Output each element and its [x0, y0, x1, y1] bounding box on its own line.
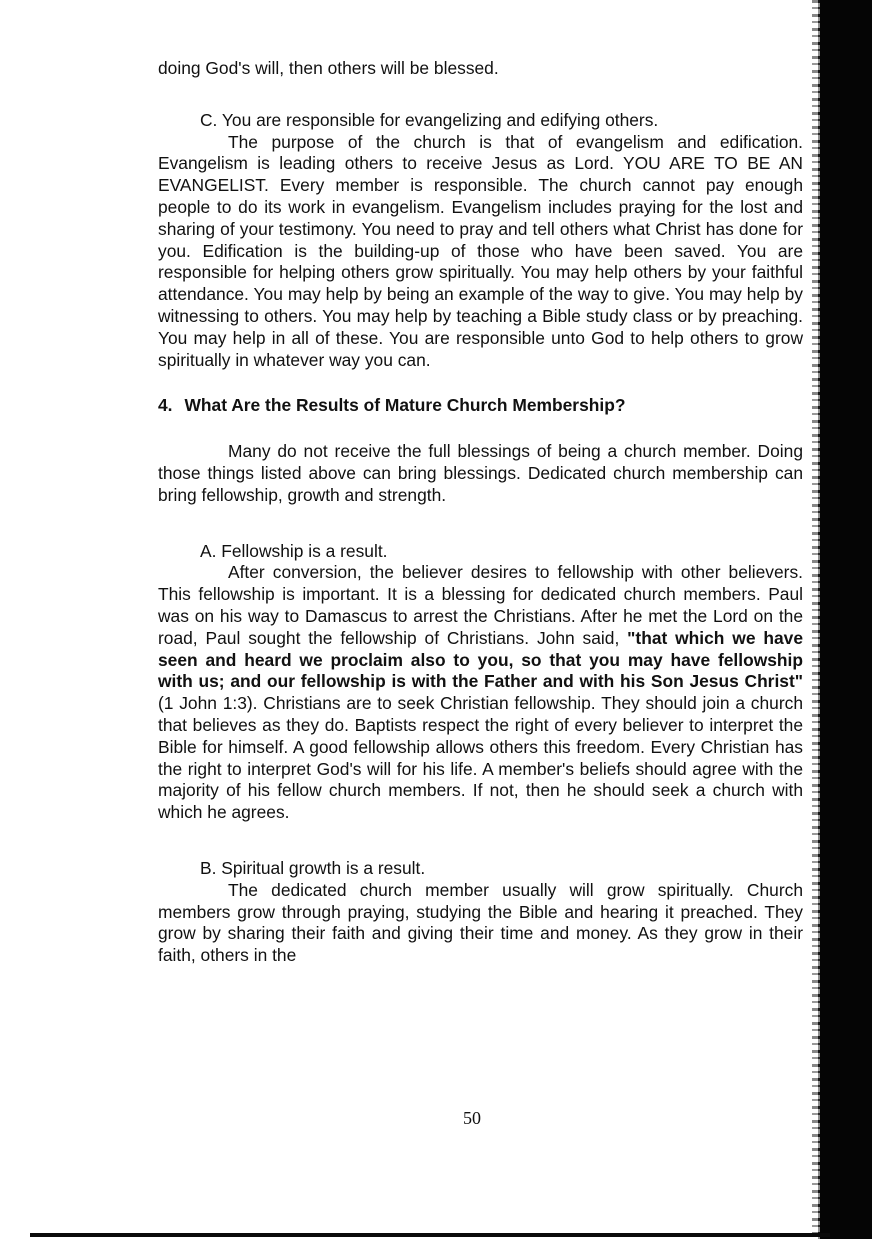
document-page: doing God's will, then others will be bl…	[158, 58, 803, 967]
section-number: 4.	[158, 395, 173, 415]
section-c-heading: C. You are responsible for evangelizing …	[158, 110, 803, 132]
opening-line: doing God's will, then others will be bl…	[158, 58, 803, 80]
section-title: What Are the Results of Mature Church Me…	[185, 395, 626, 415]
page-number: 50	[463, 1108, 481, 1129]
section-a-text-after: (1 John 1:3). Christians are to seek Chr…	[158, 693, 803, 822]
section-b-body: The dedicated church member usually will…	[158, 880, 803, 967]
section-a-body: After conversion, the believer desires t…	[158, 562, 803, 824]
section-4-heading: 4.What Are the Results of Mature Church …	[158, 395, 803, 417]
section-a-heading: A. Fellowship is a result.	[158, 541, 803, 563]
section-b-heading: B. Spiritual growth is a result.	[158, 858, 803, 880]
scan-border-bottom	[30, 1233, 830, 1237]
scan-border-right	[818, 0, 872, 1239]
section-4-intro: Many do not receive the full blessings o…	[158, 441, 803, 506]
section-c-body: The purpose of the church is that of eva…	[158, 132, 803, 372]
